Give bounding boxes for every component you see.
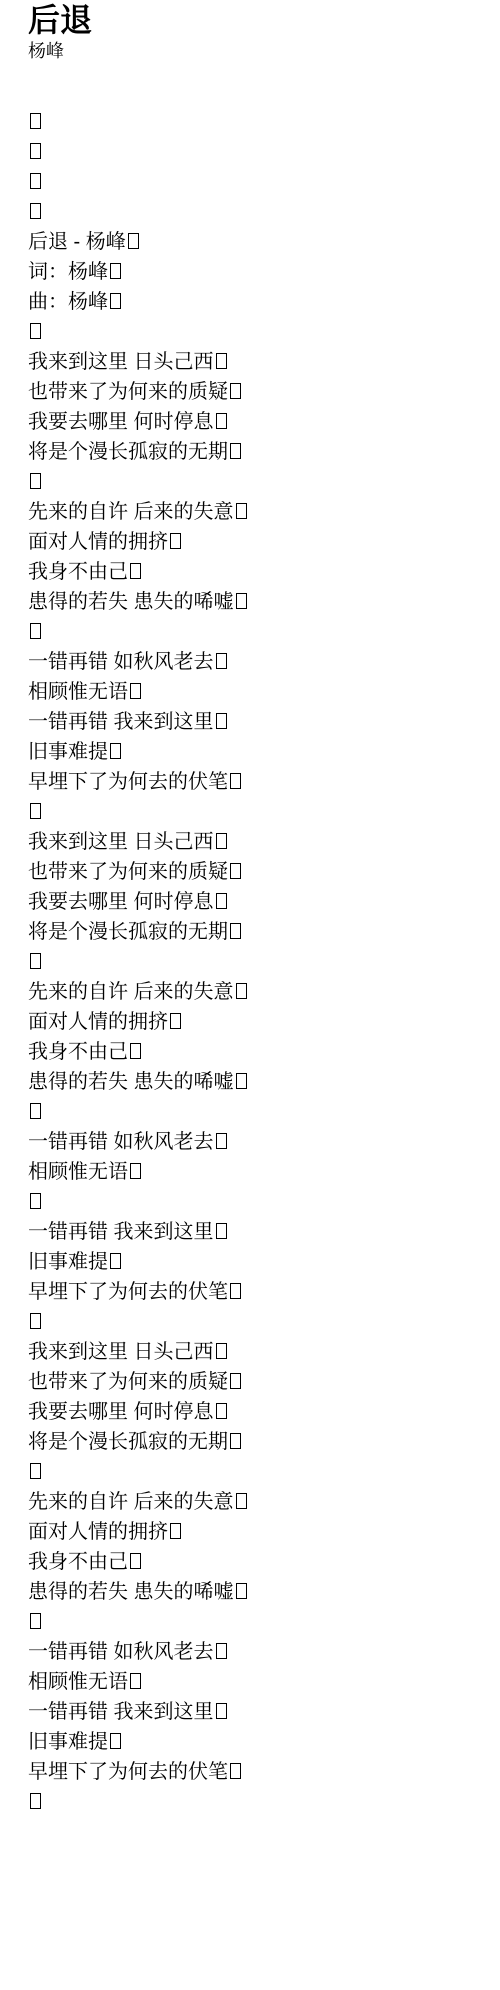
- lyric-line-text: 一错再错 如秋风老去: [28, 1131, 214, 1153]
- lyric-line: 我身不由己: [28, 1037, 472, 1067]
- lyric-line: 我来到这里 日头己西: [28, 1337, 472, 1367]
- artist-name: 杨峰: [28, 41, 472, 61]
- missing-glyph-icon: [236, 1073, 247, 1089]
- lyric-line-text: 将是个漫长孤寂的无期: [28, 921, 228, 943]
- lyric-line: 先来的自许 后来的失意: [28, 977, 472, 1007]
- lyric-line-text: 我要去哪里 何时停息: [28, 891, 214, 913]
- lyric-line: 一错再错 如秋风老去: [28, 1127, 472, 1157]
- missing-glyph-icon: [130, 563, 141, 579]
- missing-glyph-icon: [110, 1733, 121, 1749]
- lyric-line-text: 早埋下了为何去的伏笔: [28, 771, 228, 793]
- missing-glyph-icon: [30, 323, 41, 339]
- missing-glyph-icon: [30, 803, 41, 819]
- lyric-line-text: 早埋下了为何去的伏笔: [28, 1281, 228, 1303]
- lyric-line: 我身不由己: [28, 1547, 472, 1577]
- lyric-line: 一错再错 我来到这里: [28, 1217, 472, 1247]
- lyric-line: 我要去哪里 何时停息: [28, 887, 472, 917]
- missing-glyph-icon: [216, 713, 227, 729]
- missing-glyph-icon: [216, 1703, 227, 1719]
- lyric-line: 相顾惟无语: [28, 677, 472, 707]
- lyric-line-text: 我身不由己: [28, 561, 128, 583]
- missing-glyph-icon: [170, 1523, 181, 1539]
- missing-glyph-icon: [230, 923, 241, 939]
- missing-glyph-icon: [236, 1583, 247, 1599]
- lyric-line: [28, 1097, 472, 1127]
- lyric-line-text: 旧事难提: [28, 741, 108, 763]
- lyric-line-text: 先来的自许 后来的失意: [28, 981, 234, 1003]
- lyric-line-text: 相顾惟无语: [28, 681, 128, 703]
- lyric-line: [28, 797, 472, 827]
- missing-glyph-icon: [128, 233, 139, 249]
- missing-glyph-icon: [216, 353, 227, 369]
- missing-glyph-icon: [110, 743, 121, 759]
- missing-glyph-icon: [216, 833, 227, 849]
- lyric-line-text: 我身不由己: [28, 1041, 128, 1063]
- lyric-line: 旧事难提: [28, 737, 472, 767]
- lyric-line: 相顾惟无语: [28, 1667, 472, 1697]
- lyric-line: [28, 617, 472, 647]
- lyric-line: 面对人情的拥挤: [28, 527, 472, 557]
- lyric-line: 我来到这里 日头己西: [28, 347, 472, 377]
- lyric-line-text: 也带来了为何来的质疑: [28, 861, 228, 883]
- lyric-line-text: 患得的若失 患失的唏嘘: [28, 1071, 234, 1093]
- lyric-line-text: 我要去哪里 何时停息: [28, 411, 214, 433]
- missing-glyph-icon: [216, 653, 227, 669]
- lyric-line: [28, 1187, 472, 1217]
- lyric-line: [28, 1607, 472, 1637]
- lyric-line-text: 相顾惟无语: [28, 1671, 128, 1693]
- lyric-line: 面对人情的拥挤: [28, 1517, 472, 1547]
- lyric-line-text: 相顾惟无语: [28, 1161, 128, 1183]
- lyric-line: 也带来了为何来的质疑: [28, 1367, 472, 1397]
- missing-glyph-icon: [236, 503, 247, 519]
- lyric-line-text: 我来到这里 日头己西: [28, 1341, 214, 1363]
- lyric-line-text: 我来到这里 日头己西: [28, 351, 214, 373]
- lyric-line-text: 也带来了为何来的质疑: [28, 381, 228, 403]
- missing-glyph-icon: [30, 1103, 41, 1119]
- lyric-line: 早埋下了为何去的伏笔: [28, 1277, 472, 1307]
- lyric-line: [28, 1307, 472, 1337]
- lyric-line: [28, 137, 472, 167]
- missing-glyph-icon: [30, 1793, 41, 1809]
- missing-glyph-icon: [30, 1193, 41, 1209]
- lyric-line: [28, 1787, 472, 1817]
- lyric-line-text: 一错再错 如秋风老去: [28, 1641, 214, 1663]
- missing-glyph-icon: [236, 1493, 247, 1509]
- missing-glyph-icon: [216, 893, 227, 909]
- lyric-line: 一错再错 我来到这里: [28, 707, 472, 737]
- missing-glyph-icon: [110, 293, 121, 309]
- missing-glyph-icon: [30, 623, 41, 639]
- lyric-line: [28, 107, 472, 137]
- lyric-line: 患得的若失 患失的唏嘘: [28, 1577, 472, 1607]
- lyric-line: 一错再错 如秋风老去: [28, 1637, 472, 1667]
- lyric-line: [28, 1457, 472, 1487]
- lyric-line: [28, 467, 472, 497]
- lyric-line-text: 一错再错 我来到这里: [28, 711, 214, 733]
- missing-glyph-icon: [130, 1163, 141, 1179]
- lyric-line-text: 我来到这里 日头己西: [28, 831, 214, 853]
- lyric-line: [28, 947, 472, 977]
- lyric-line-text: 面对人情的拥挤: [28, 1011, 168, 1033]
- lyric-line-text: 面对人情的拥挤: [28, 1521, 168, 1543]
- lyric-line: 我来到这里 日头己西: [28, 827, 472, 857]
- missing-glyph-icon: [130, 683, 141, 699]
- lyric-line: 相顾惟无语: [28, 1157, 472, 1187]
- lyric-line-text: 将是个漫长孤寂的无期: [28, 441, 228, 463]
- missing-glyph-icon: [230, 863, 241, 879]
- lyric-line-text: 一错再错 我来到这里: [28, 1221, 214, 1243]
- missing-glyph-icon: [236, 983, 247, 999]
- missing-glyph-icon: [216, 1133, 227, 1149]
- page-title: 后退: [28, 2, 472, 39]
- lyric-line: 词：杨峰: [28, 257, 472, 287]
- missing-glyph-icon: [230, 1283, 241, 1299]
- missing-glyph-icon: [110, 1253, 121, 1269]
- lyric-line-text: 早埋下了为何去的伏笔: [28, 1761, 228, 1783]
- missing-glyph-icon: [230, 1433, 241, 1449]
- lyric-line-text: 我身不由己: [28, 1551, 128, 1573]
- missing-glyph-icon: [30, 173, 41, 189]
- lyric-line: 一错再错 我来到这里: [28, 1697, 472, 1727]
- lyrics-page: 后退 杨峰 后退 - 杨峰 词：杨峰 曲：杨峰 我来到这里 日头己西 也带来了为…: [0, 0, 500, 1990]
- missing-glyph-icon: [30, 113, 41, 129]
- lyric-line: 将是个漫长孤寂的无期: [28, 437, 472, 467]
- lyric-line: 一错再错 如秋风老去: [28, 647, 472, 677]
- missing-glyph-icon: [170, 533, 181, 549]
- lyric-line: 患得的若失 患失的唏嘘: [28, 587, 472, 617]
- lyric-line-text: 旧事难提: [28, 1251, 108, 1273]
- lyric-line-text: 先来的自许 后来的失意: [28, 501, 234, 523]
- missing-glyph-icon: [230, 443, 241, 459]
- lyric-line-text: 旧事难提: [28, 1731, 108, 1753]
- lyric-line: [28, 197, 472, 227]
- lyrics-body: 后退 - 杨峰 词：杨峰 曲：杨峰 我来到这里 日头己西 也带来了为何来的质疑 …: [28, 107, 472, 1817]
- lyric-line: 也带来了为何来的质疑: [28, 377, 472, 407]
- missing-glyph-icon: [216, 1403, 227, 1419]
- missing-glyph-icon: [30, 143, 41, 159]
- lyric-line-text: 词：杨峰: [28, 261, 108, 283]
- lyric-line: 曲：杨峰: [28, 287, 472, 317]
- lyric-line: [28, 167, 472, 197]
- lyric-line-text: 一错再错 如秋风老去: [28, 651, 214, 673]
- missing-glyph-icon: [236, 593, 247, 609]
- missing-glyph-icon: [30, 203, 41, 219]
- lyric-line: 旧事难提: [28, 1247, 472, 1277]
- lyric-line-text: 患得的若失 患失的唏嘘: [28, 1581, 234, 1603]
- lyric-line-text: 患得的若失 患失的唏嘘: [28, 591, 234, 613]
- lyric-line-text: 也带来了为何来的质疑: [28, 1371, 228, 1393]
- lyric-line: 先来的自许 后来的失意: [28, 497, 472, 527]
- lyric-line: [28, 317, 472, 347]
- lyric-line: 后退 - 杨峰: [28, 227, 472, 257]
- lyric-line-text: 将是个漫长孤寂的无期: [28, 1431, 228, 1453]
- missing-glyph-icon: [216, 1223, 227, 1239]
- lyric-line-text: 后退 - 杨峰: [28, 231, 126, 253]
- lyric-line-text: 曲：杨峰: [28, 291, 108, 313]
- missing-glyph-icon: [130, 1553, 141, 1569]
- lyric-line: 患得的若失 患失的唏嘘: [28, 1067, 472, 1097]
- lyric-line: 我身不由己: [28, 557, 472, 587]
- missing-glyph-icon: [30, 1613, 41, 1629]
- missing-glyph-icon: [30, 473, 41, 489]
- lyric-line-text: 先来的自许 后来的失意: [28, 1491, 234, 1513]
- lyric-line: 旧事难提: [28, 1727, 472, 1757]
- lyric-line: 将是个漫长孤寂的无期: [28, 917, 472, 947]
- missing-glyph-icon: [110, 263, 121, 279]
- lyric-line: 先来的自许 后来的失意: [28, 1487, 472, 1517]
- missing-glyph-icon: [230, 773, 241, 789]
- lyric-line-text: 一错再错 我来到这里: [28, 1701, 214, 1723]
- missing-glyph-icon: [130, 1673, 141, 1689]
- lyric-line: 我要去哪里 何时停息: [28, 1397, 472, 1427]
- lyric-line: 我要去哪里 何时停息: [28, 407, 472, 437]
- missing-glyph-icon: [30, 1463, 41, 1479]
- missing-glyph-icon: [216, 1643, 227, 1659]
- missing-glyph-icon: [30, 953, 41, 969]
- lyric-line-text: 我要去哪里 何时停息: [28, 1401, 214, 1423]
- missing-glyph-icon: [130, 1043, 141, 1059]
- lyric-line: 面对人情的拥挤: [28, 1007, 472, 1037]
- lyric-line: 也带来了为何来的质疑: [28, 857, 472, 887]
- lyric-line: 早埋下了为何去的伏笔: [28, 1757, 472, 1787]
- missing-glyph-icon: [170, 1013, 181, 1029]
- lyric-line: 将是个漫长孤寂的无期: [28, 1427, 472, 1457]
- missing-glyph-icon: [230, 383, 241, 399]
- missing-glyph-icon: [230, 1763, 241, 1779]
- missing-glyph-icon: [216, 413, 227, 429]
- missing-glyph-icon: [216, 1343, 227, 1359]
- missing-glyph-icon: [230, 1373, 241, 1389]
- lyric-line-text: 面对人情的拥挤: [28, 531, 168, 553]
- missing-glyph-icon: [30, 1313, 41, 1329]
- lyric-line: 早埋下了为何去的伏笔: [28, 767, 472, 797]
